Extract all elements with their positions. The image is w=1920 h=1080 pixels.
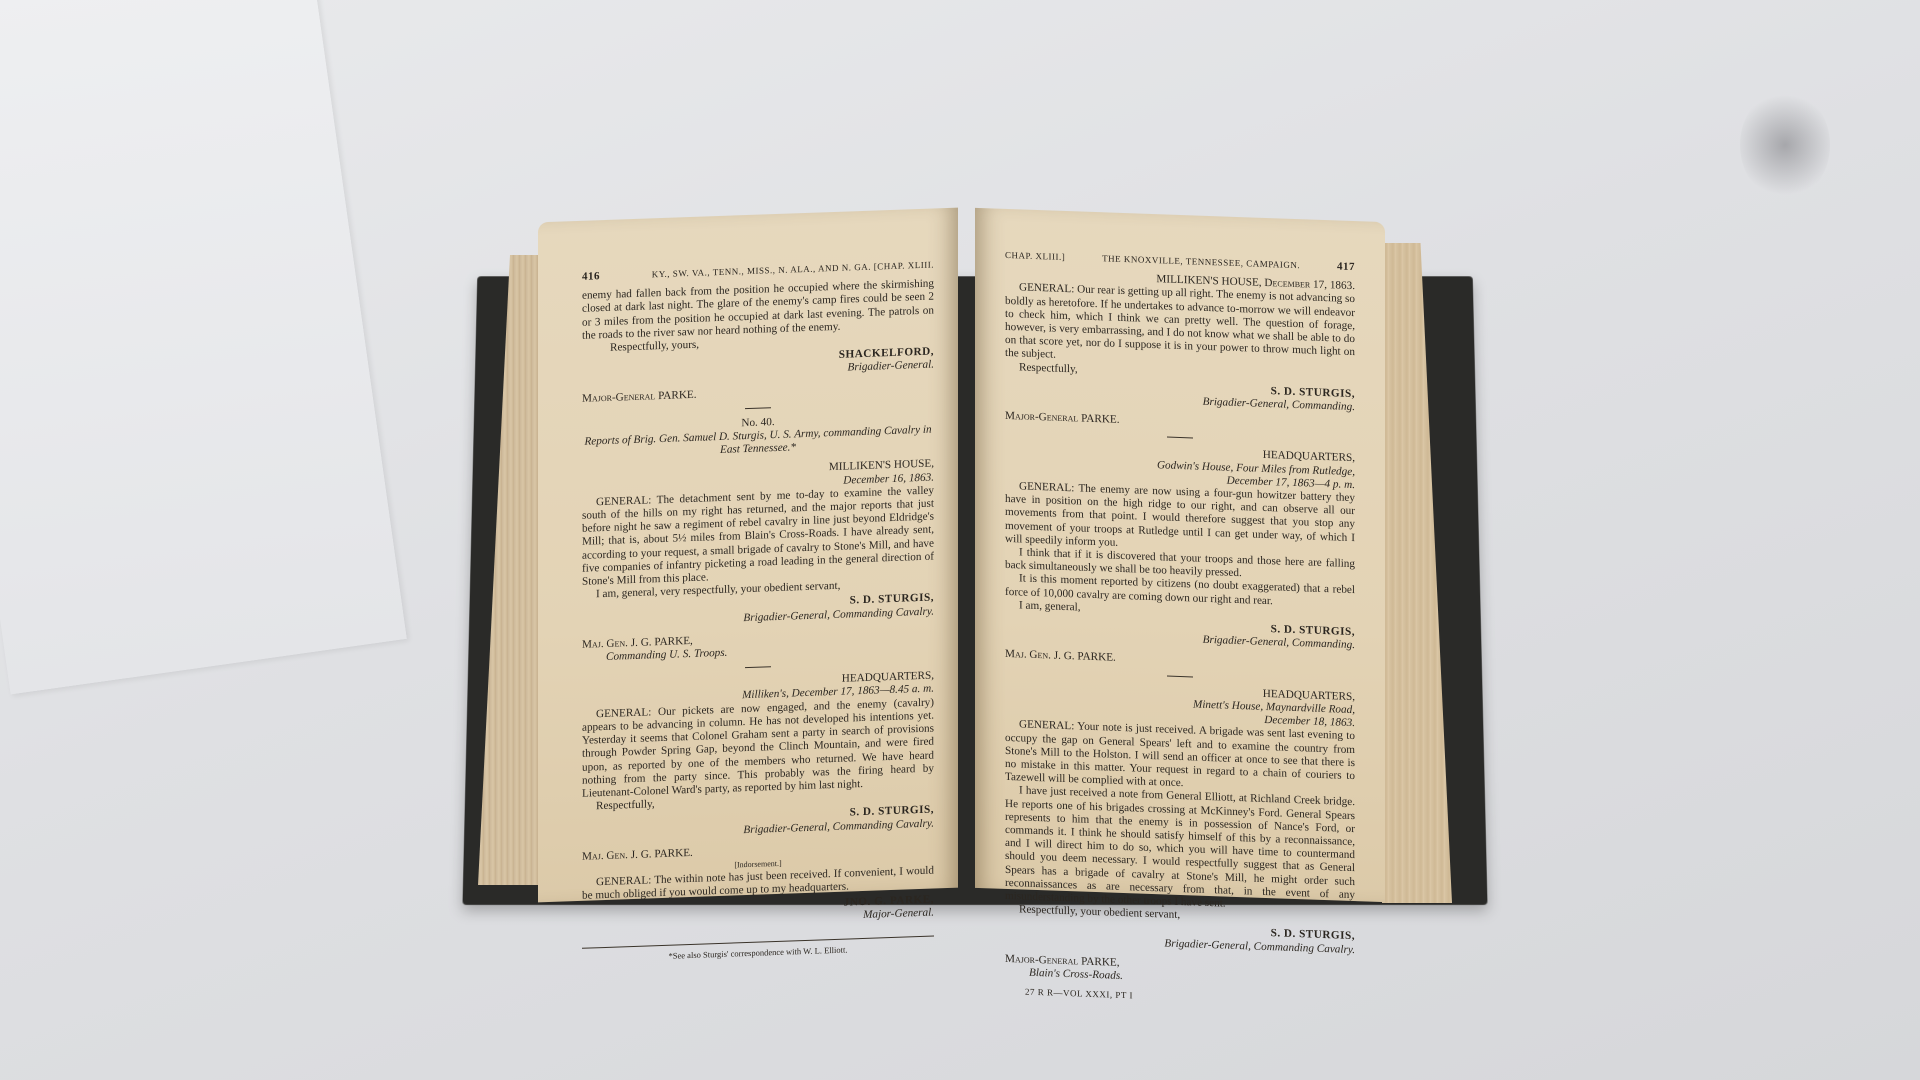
addressee: Maj. Gen. J. G. PARKE. <box>1005 648 1355 673</box>
salutation: GENERAL: <box>596 494 651 508</box>
letter-body: GENERAL: Your note is just received. A b… <box>1005 718 1355 796</box>
letter-body: GENERAL: The detachment sent by me to-da… <box>582 484 934 589</box>
page-number-left: 416 <box>582 270 600 284</box>
salutation: GENERAL: <box>1019 480 1074 494</box>
page-number-right: 417 <box>1337 260 1355 274</box>
divider <box>745 666 771 668</box>
paper-sheet <box>0 0 407 694</box>
running-head-text-left: KY., SW. VA., TENN., MISS., N. ALA., AND… <box>652 259 934 282</box>
salutation: GENERAL: <box>596 875 651 889</box>
letter-body: GENERAL: Our rear is getting up all righ… <box>1005 281 1355 372</box>
divider <box>745 407 771 409</box>
letter-body: GENERAL: The enemy are now using a four-… <box>1005 480 1355 558</box>
salutation: GENERAL: <box>596 706 651 720</box>
left-page: 416 KY., SW. VA., TENN., MISS., N. ALA.,… <box>538 208 958 903</box>
right-page: Chap. XLIII.] THE KNOXVILLE, TENNESSEE, … <box>975 208 1385 902</box>
shadow-spot <box>1740 90 1830 200</box>
salutation: GENERAL: <box>1019 719 1074 733</box>
open-book: 416 KY., SW. VA., TENN., MISS., N. ALA.,… <box>470 215 1480 905</box>
divider <box>1167 675 1193 677</box>
divider <box>1167 437 1193 439</box>
running-head-text-right: THE KNOXVILLE, TENNESSEE, CAMPAIGN. <box>1102 252 1300 272</box>
letter-body-text: Our rear is getting up all right. The en… <box>1005 284 1355 361</box>
running-head-chapter: Chap. XLIII.] <box>1005 249 1065 264</box>
letter-body: GENERAL: Our pickets are now engaged, an… <box>582 696 934 801</box>
addressee: Major-General PARKE. <box>582 380 934 405</box>
footnote: *See also Sturgis' correspondence with W… <box>582 940 934 965</box>
salutation: GENERAL: <box>1019 282 1074 296</box>
letter-body-2: I have just received a note from General… <box>1005 784 1355 915</box>
addressee: Major-General PARKE. <box>1005 410 1355 435</box>
